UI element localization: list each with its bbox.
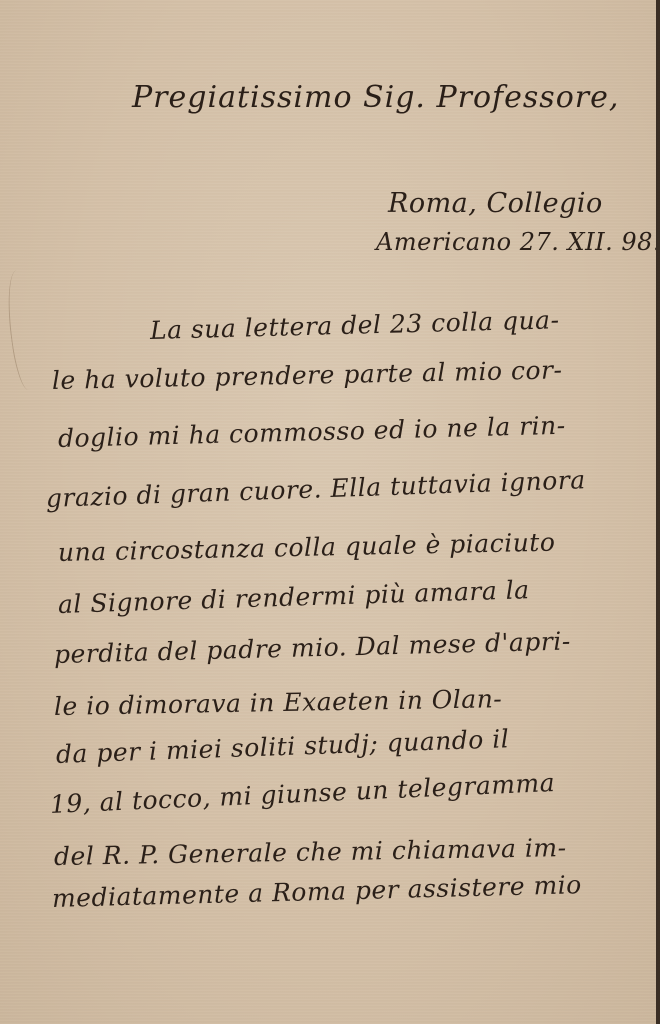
salutation: Pregiatissimo Sig. Professore, xyxy=(132,80,619,115)
body-line: da per i miei soliti studj; quando il xyxy=(55,724,509,769)
body-line: le io dimorava in Exaeten in Olan- xyxy=(54,684,503,721)
place-date-line-2: Americano 27. XII. 98. xyxy=(376,228,660,256)
letter-page: Pregiatissimo Sig. Professore, Roma, Col… xyxy=(0,0,660,1024)
body-line: al Signore di rendermi più amara la xyxy=(58,575,530,619)
body-line: una circostanza colla quale è piaciuto xyxy=(58,528,556,567)
body-line: doglio mi ha commosso ed io ne la rin- xyxy=(58,411,566,453)
body-line: le ha voluto prendere parte al mio cor- xyxy=(52,355,563,395)
body-line: La sua lettera del 23 colla qua- xyxy=(150,305,560,345)
body-line: mediatamente a Roma per assistere mio xyxy=(52,870,582,913)
paper-crease xyxy=(2,269,43,391)
body-line: del R. P. Generale che mi chiamava im- xyxy=(54,833,567,871)
place-line-1: Roma, Collegio xyxy=(388,188,603,219)
body-line: grazio di gran cuore. Ella tuttavia igno… xyxy=(45,465,586,513)
body-line: perdita del padre mio. Dal mese d'apri- xyxy=(54,626,571,669)
body-line: 19, al tocco, mi giunse un telegramma xyxy=(49,768,555,819)
